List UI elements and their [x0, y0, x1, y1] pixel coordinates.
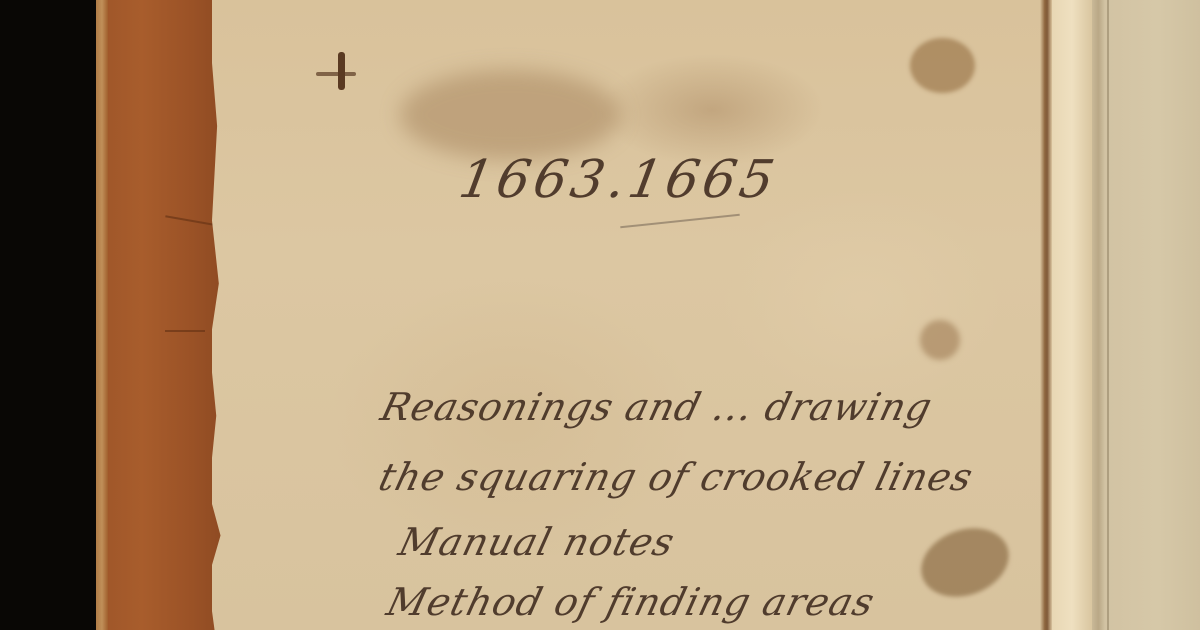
- handwritten-note: Reasonings and ... drawing: [377, 385, 938, 429]
- water-stain: [400, 70, 620, 160]
- manuscript-photo: 1663.1665 Reasonings and ... drawing the…: [0, 0, 1200, 630]
- ink-blot: [338, 52, 345, 90]
- handwritten-note: the squaring of crooked lines: [375, 455, 978, 499]
- leather-crease: [165, 330, 205, 332]
- leather-edge-wear: [96, 0, 108, 630]
- leather-binding: [96, 0, 226, 630]
- handwritten-note: Manual notes: [395, 520, 680, 564]
- stain-spot: [920, 320, 960, 360]
- handwritten-note: Method of finding areas: [383, 580, 880, 624]
- insect-stain: [910, 38, 975, 93]
- sleeve-edge: [1107, 0, 1109, 630]
- dark-backdrop: [0, 0, 100, 630]
- handwritten-date: 1663.1665: [455, 150, 783, 210]
- page-edge-stain: [1040, 0, 1052, 630]
- ink-blot: [316, 72, 356, 76]
- page-edge: [1052, 0, 1092, 630]
